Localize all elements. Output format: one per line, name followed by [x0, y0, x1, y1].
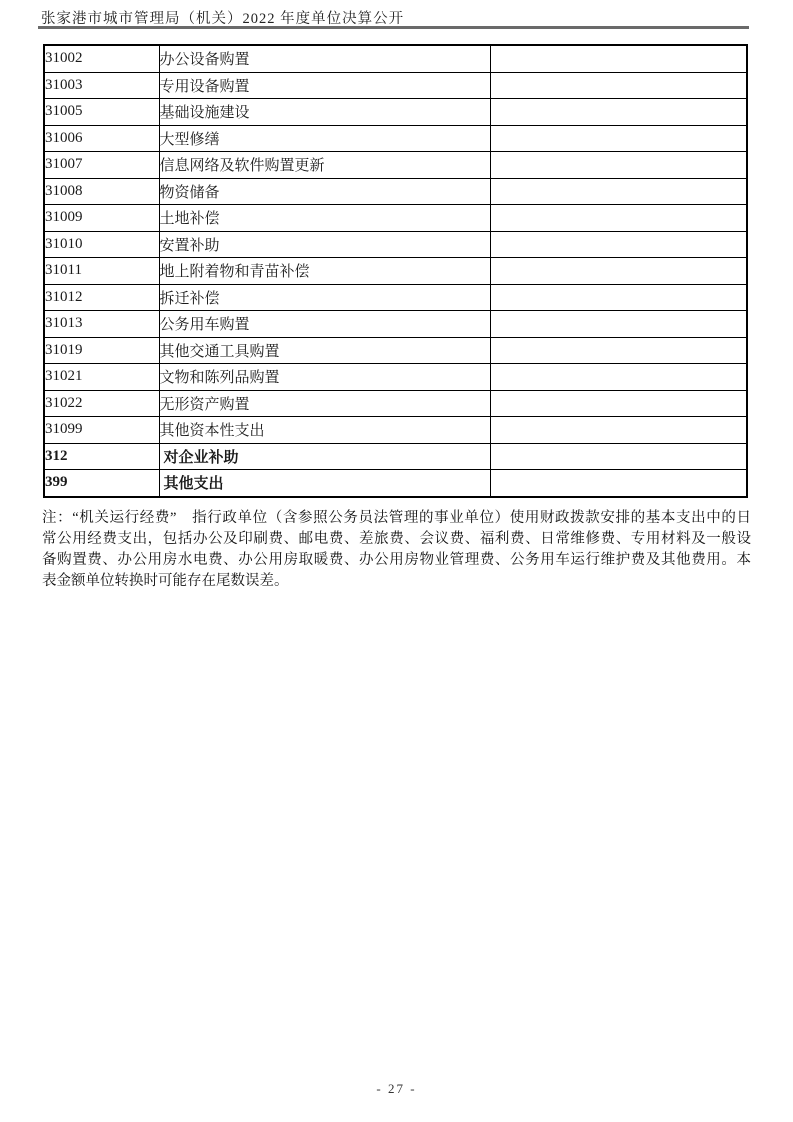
expense-value-cell — [490, 45, 747, 72]
expense-code-cell: 31003 — [44, 72, 159, 99]
table-row: 399 其他支出 — [44, 470, 747, 497]
table-row: 31010 安置补助 — [44, 231, 747, 258]
expense-code-cell: 31011 — [44, 258, 159, 285]
expense-label-cell: 其他交通工具购置 — [159, 337, 490, 364]
expense-value-cell — [490, 231, 747, 258]
page-title: 张家港市城市管理局（机关）2022 年度单位决算公开 — [41, 7, 404, 28]
document-page: 张家港市城市管理局（机关）2022 年度单位决算公开 31002 办公设备购置 … — [0, 0, 793, 1122]
expense-code-cell: 31099 — [44, 417, 159, 444]
expense-code-cell: 31012 — [44, 284, 159, 311]
expense-code-cell: 399 — [44, 470, 159, 497]
note-text: 注：“机关运行经费” 指行政单位（含参照公务员法管理的事业单位）使用财政拨款安排… — [42, 508, 751, 592]
table-row: 31012 拆迁补偿 — [44, 284, 747, 311]
expense-value-cell — [490, 72, 747, 99]
table-row: 31008 物资储备 — [44, 178, 747, 205]
expense-label-cell: 大型修缮 — [159, 125, 490, 152]
expense-label-cell: 公务用车购置 — [159, 311, 490, 338]
header-rule — [38, 26, 749, 29]
expense-code-cell: 31006 — [44, 125, 159, 152]
note-line: 备购置费、办公用房水电费、办公用房取暖费、办公用房物业管理费、公务用车运行维护费… — [42, 550, 751, 571]
table-row: 31005 基础设施建设 — [44, 99, 747, 126]
expense-label-cell: 基础设施建设 — [159, 99, 490, 126]
expense-label-cell: 信息网络及软件购置更新 — [159, 152, 490, 179]
table-row: 31006 大型修缮 — [44, 125, 747, 152]
expense-label-cell: 安置补助 — [159, 231, 490, 258]
expense-value-cell — [490, 470, 747, 497]
expense-code-cell: 31002 — [44, 45, 159, 72]
expense-label-cell: 办公设备购置 — [159, 45, 490, 72]
page-number: - 27 - — [0, 1081, 793, 1097]
table-row: 31019 其他交通工具购置 — [44, 337, 747, 364]
expense-code-cell: 31010 — [44, 231, 159, 258]
expense-code-cell: 31008 — [44, 178, 159, 205]
expense-value-cell — [490, 125, 747, 152]
expense-code-cell: 31019 — [44, 337, 159, 364]
expense-label-cell: 文物和陈列品购置 — [159, 364, 490, 391]
table-row: 31002 办公设备购置 — [44, 45, 747, 72]
expense-code-cell: 31021 — [44, 364, 159, 391]
table-row: 31013 公务用车购置 — [44, 311, 747, 338]
expense-value-cell — [490, 284, 747, 311]
expense-code-cell: 31007 — [44, 152, 159, 179]
expense-value-cell — [490, 443, 747, 470]
expense-value-cell — [490, 337, 747, 364]
expense-label-cell: 其他资本性支出 — [159, 417, 490, 444]
expense-value-cell — [490, 205, 747, 232]
expense-label-cell: 其他支出 — [159, 470, 490, 497]
table-row: 31099 其他资本性支出 — [44, 417, 747, 444]
expense-code-cell: 31005 — [44, 99, 159, 126]
expense-label-cell: 物资储备 — [159, 178, 490, 205]
table-row: 31021 文物和陈列品购置 — [44, 364, 747, 391]
table-row: 31011 地上附着物和青苗补偿 — [44, 258, 747, 285]
note-line: 常公用经费支出，包括办公及印刷费、邮电费、差旅费、会议费、福利费、日常维修费、专… — [42, 529, 751, 550]
expense-value-cell — [490, 311, 747, 338]
expense-value-cell — [490, 390, 747, 417]
table-row: 312 对企业补助 — [44, 443, 747, 470]
expense-code-cell: 312 — [44, 443, 159, 470]
expense-code-cell: 31013 — [44, 311, 159, 338]
expense-code-cell: 31009 — [44, 205, 159, 232]
expense-table-body: 31002 办公设备购置 31003 专用设备购置 31005 基础设施建设 3… — [44, 45, 747, 497]
note-line: 表金额单位转换时可能存在尾数误差。 — [42, 571, 751, 592]
expense-label-cell: 对企业补助 — [159, 443, 490, 470]
expense-label-cell: 专用设备购置 — [159, 72, 490, 99]
table-row: 31007 信息网络及软件购置更新 — [44, 152, 747, 179]
expense-value-cell — [490, 178, 747, 205]
expense-label-cell: 地上附着物和青苗补偿 — [159, 258, 490, 285]
expense-value-cell — [490, 364, 747, 391]
expense-code-cell: 31022 — [44, 390, 159, 417]
note-line: 注：“机关运行经费” 指行政单位（含参照公务员法管理的事业单位）使用财政拨款安排… — [42, 508, 751, 529]
expense-label-cell: 土地补偿 — [159, 205, 490, 232]
expense-label-cell: 拆迁补偿 — [159, 284, 490, 311]
expense-label-cell: 无形资产购置 — [159, 390, 490, 417]
expense-value-cell — [490, 417, 747, 444]
expense-table: 31002 办公设备购置 31003 专用设备购置 31005 基础设施建设 3… — [43, 44, 748, 498]
expense-value-cell — [490, 258, 747, 285]
table-row: 31009 土地补偿 — [44, 205, 747, 232]
expense-value-cell — [490, 99, 747, 126]
table-row: 31022 无形资产购置 — [44, 390, 747, 417]
expense-value-cell — [490, 152, 747, 179]
table-row: 31003 专用设备购置 — [44, 72, 747, 99]
